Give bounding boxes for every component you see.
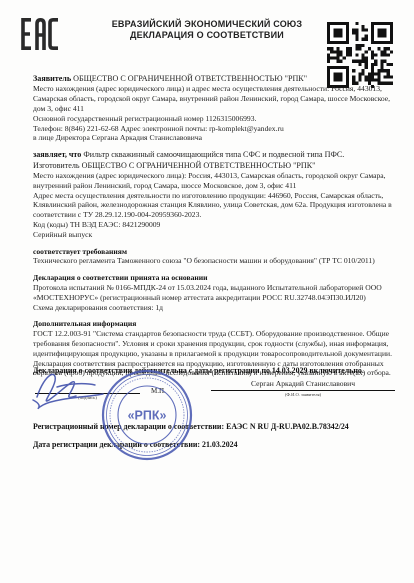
mp-label: М.П. <box>151 387 166 395</box>
signature-row: (подпись) М.П. «РПК» Серган Аркадий Стан… <box>33 379 395 413</box>
validity-statement: Декларация о соответствии действительна … <box>33 366 395 375</box>
registration-number-value: ЕАЭС N RU Д-RU.РА02.В.78342/24 <box>224 422 349 431</box>
document-title: ЕВРАЗИЙСКИЙ ЭКОНОМИЧЕСКИЙ СОЮЗ ДЕКЛАРАЦИ… <box>77 19 337 41</box>
tnved-code: Код (коды) ТН ВЭД ЕАЭС: 8421290009 <box>33 220 395 230</box>
applicant-representative: в лице Директора Сергана Аркадия Станисл… <box>33 133 395 143</box>
registration-date-line: Дата регистрации декларации о соответств… <box>33 440 395 449</box>
product-line: заявляет, что Фильтр скважинный самоочищ… <box>33 150 395 160</box>
signature-line <box>35 393 140 394</box>
signature-caption: (подпись) <box>35 395 140 400</box>
declarant-line <box>211 390 395 391</box>
product-name: Фильтр скважинный самоочищающийся типа С… <box>81 150 344 159</box>
applicant-line: Заявитель ОБЩЕСТВО С ОГРАНИЧЕННОЙ ОТВЕТС… <box>33 74 395 84</box>
basis-protocol: Протокола испытаний № 0166-МПДК-24 от 15… <box>33 283 395 303</box>
manufacturer-line: Изготовитель ОБЩЕСТВО С ОГРАНИЧЕННОЙ ОТВ… <box>33 161 395 171</box>
applicant-block: Заявитель ОБЩЕСТВО С ОГРАНИЧЕННОЙ ОТВЕТС… <box>33 74 395 143</box>
title-line2: ДЕКЛАРАЦИЯ О СООТВЕТСТВИИ <box>77 30 337 41</box>
additional-label: Дополнительная информация <box>33 319 395 329</box>
stamp-text: «РПК» <box>128 409 167 423</box>
serial-issue: Серийный выпуск <box>33 230 395 240</box>
title-line1: ЕВРАЗИЙСКИЙ ЭКОНОМИЧЕСКИЙ СОЮЗ <box>77 19 337 30</box>
basis-scheme: Схема декларирования соответствия: 1д <box>33 303 395 313</box>
declarant-name: Серган Аркадий Станиславович <box>211 379 395 388</box>
declarant-caption: (Ф.И.О. заявителя) <box>211 392 395 397</box>
document-body: Заявитель ОБЩЕСТВО С ОГРАНИЧЕННОЙ ОТВЕТС… <box>33 74 395 385</box>
signature-section: Декларация о соответствии действительна … <box>33 366 395 449</box>
declarant-name-area: Серган Аркадий Станиславович (Ф.И.О. зая… <box>211 379 395 397</box>
basis-block: Декларация о соответствии принята на осн… <box>33 273 395 312</box>
applicant-ogrn: Основной государственный регистрационный… <box>33 114 395 124</box>
applicant-name: ОБЩЕСТВО С ОГРАНИЧЕННОЙ ОТВЕТСТВЕННОСТЬЮ… <box>71 74 307 83</box>
registration-date-label: Дата регистрации декларации о соответств… <box>33 440 200 449</box>
production-address: Адрес места осуществления деятельности п… <box>33 191 395 220</box>
basis-label: Декларация о соответствии принята на осн… <box>33 273 395 283</box>
declaration-document: ЕВРАЗИЙСКИЙ ЭКОНОМИЧЕСКИЙ СОЮЗ ДЕКЛАРАЦИ… <box>0 0 414 583</box>
signature-area: (подпись) <box>35 393 140 400</box>
complies-label: соответствует требованиям <box>33 247 395 257</box>
applicant-address: Место нахождения (адрес юридического лиц… <box>33 84 395 113</box>
requirements-text: Технического регламента Таможенного союз… <box>33 256 395 266</box>
product-block: заявляет, что Фильтр скважинный самоочищ… <box>33 150 395 239</box>
applicant-label: Заявитель <box>33 74 71 83</box>
registration-number-label: Регистрационный номер декларации о соотв… <box>33 422 224 431</box>
registration-number-line: Регистрационный номер декларации о соотв… <box>33 422 395 431</box>
declares-label: заявляет, что <box>33 150 81 159</box>
applicant-contacts: Телефон: 8(846) 221-62-68 Адрес электрон… <box>33 124 395 134</box>
compliance-block: соответствует требованиям Технического р… <box>33 247 395 267</box>
manufacturer-address: Место нахождения (адрес юридического лиц… <box>33 171 395 191</box>
registration-date-value: 21.03.2024 <box>200 440 237 449</box>
eac-mark-icon <box>20 16 60 52</box>
